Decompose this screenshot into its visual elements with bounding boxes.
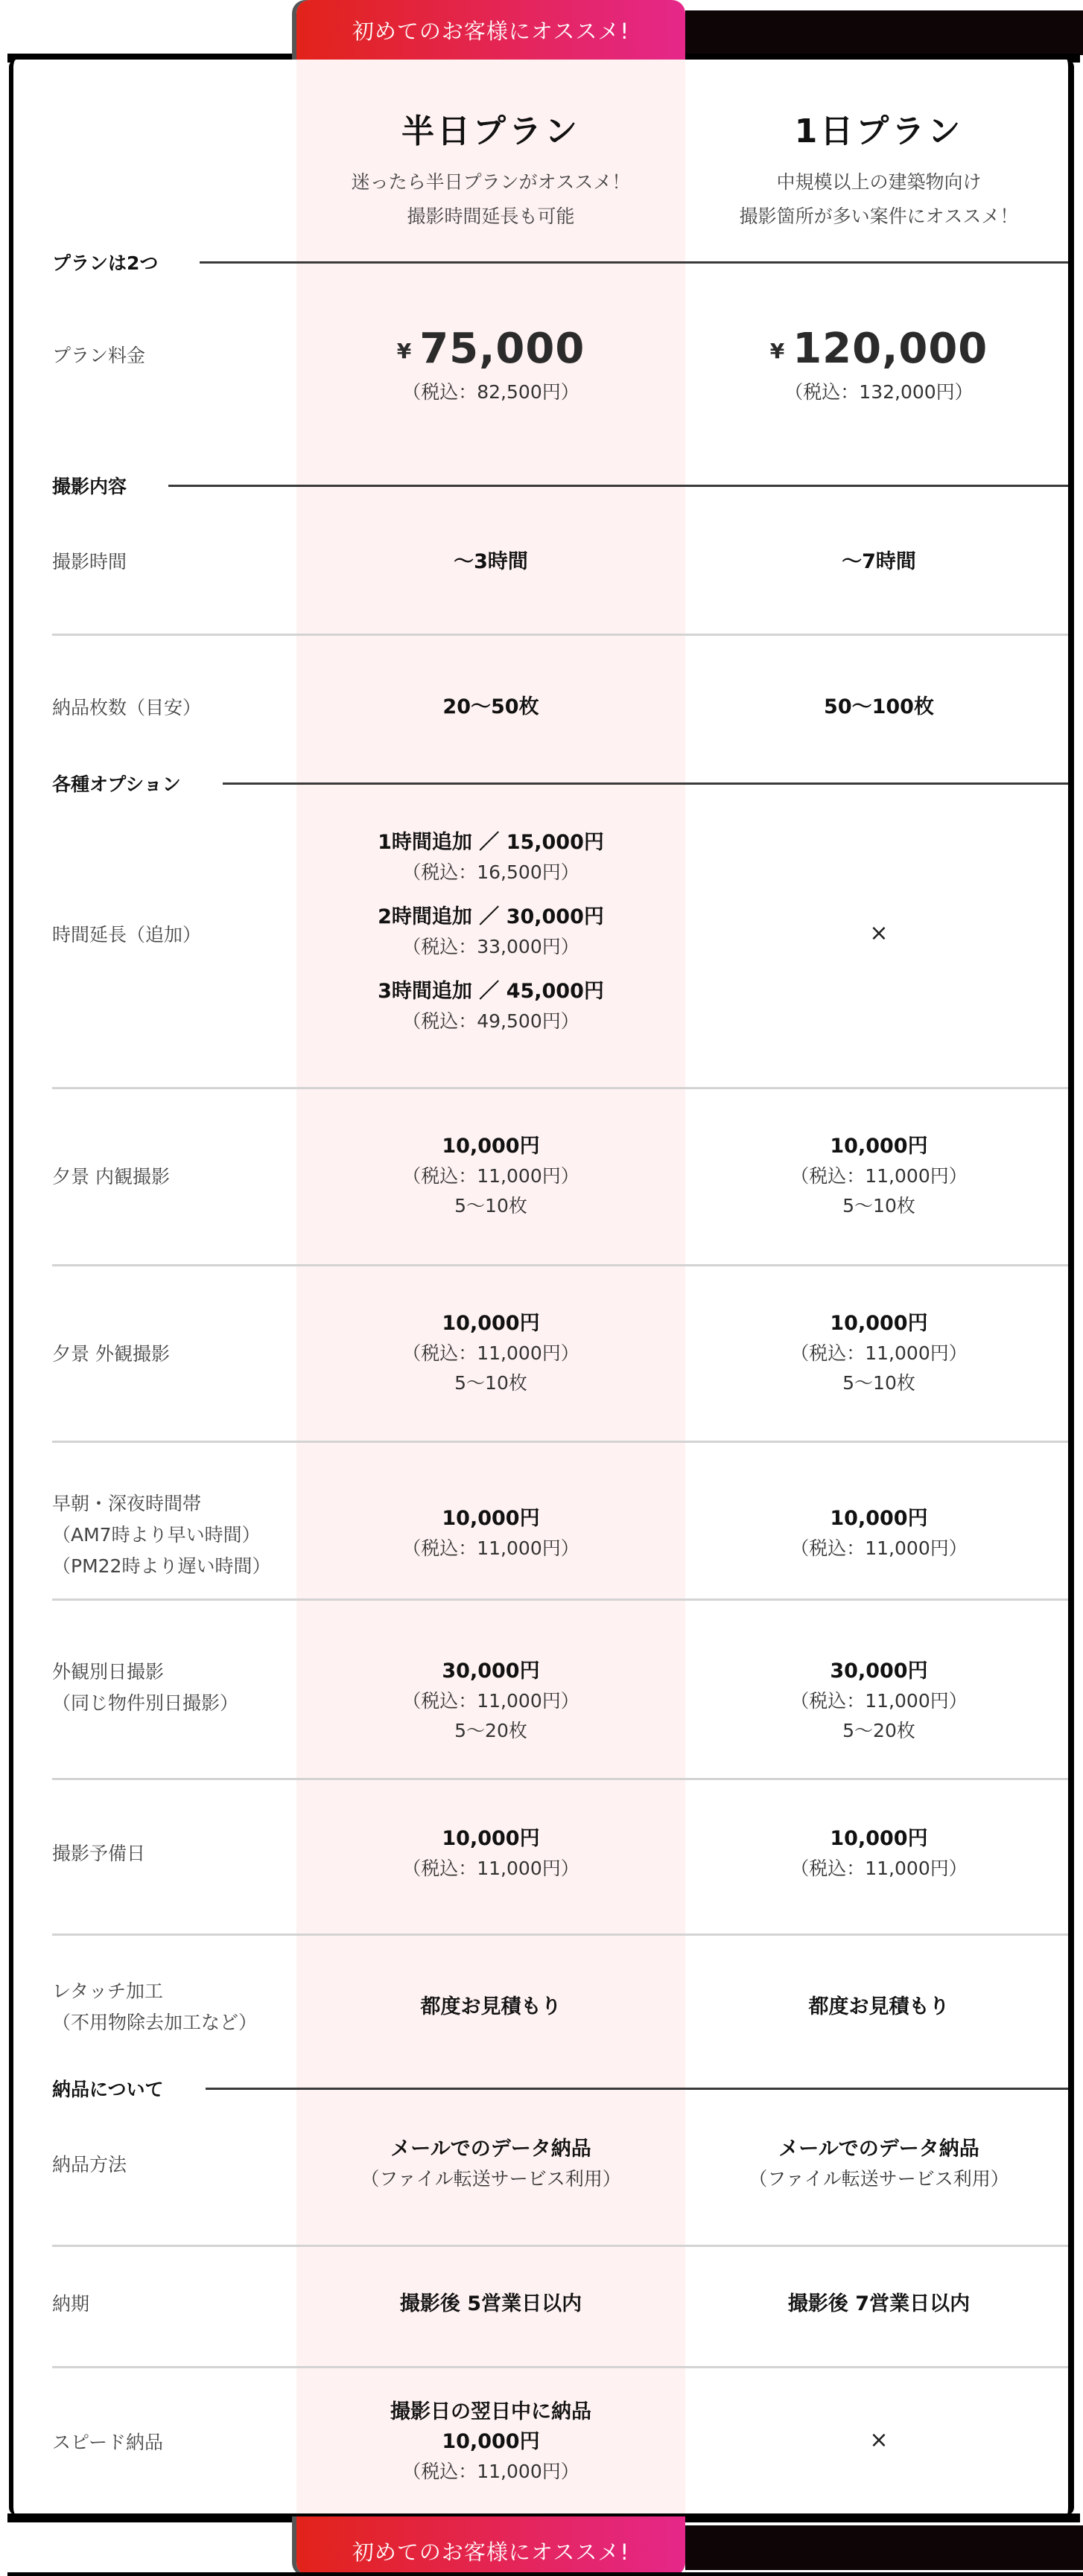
row-divider [52, 1441, 1068, 1443]
row-label-extension: 時間延長（追加） [52, 919, 298, 951]
option-price: 10,000円 [685, 1132, 1073, 1161]
row-label-photo-count: 納品枚数（目安） [52, 692, 298, 724]
plan-header-full-day: 1日プラン 中規模以上の建築物向け 撮影箇所が多い案件にオススメ！ [685, 104, 1073, 234]
row-divider [52, 1264, 1068, 1266]
dark-background-strip [685, 10, 1083, 55]
price-half-day: ¥75,000 （税込：82,500円） [296, 325, 685, 404]
section-header-shooting: 撮影内容 [52, 471, 1068, 500]
exterior-other-day-half-day: 30,000円 （税込：11,000円） 5～20枚 [296, 1657, 685, 1746]
extension-option-tax: （税込：16,500円） [296, 858, 685, 887]
next-card-shadow-top [7, 2572, 1083, 2576]
label-line: 外観別日撮影 [52, 1657, 298, 1688]
option-price: 10,000円 [685, 1824, 1073, 1854]
option-photo-count: 5～20枚 [296, 1716, 685, 1746]
price-value: 120,000 [793, 325, 988, 373]
option-price: 10,000円 [296, 1504, 685, 1534]
option-photo-count: 5～10枚 [296, 1191, 685, 1221]
row-divider [52, 1778, 1068, 1780]
option-price: 10,000円 [685, 1309, 1073, 1339]
option-price-tax: （税込：11,000円） [685, 1534, 1073, 1563]
row-divider [52, 1598, 1068, 1601]
option-price: 10,000円 [296, 1824, 685, 1854]
section-label: 各種オプション [52, 770, 181, 797]
price-tax: （税込：82,500円） [296, 377, 685, 404]
label-line: （同じ物件別日撮影） [52, 1688, 298, 1719]
delivery-time-half-day: 撮影後 5営業日以内 [296, 2289, 685, 2319]
option-photo-count: 5～10枚 [296, 1368, 685, 1398]
delivery-method-main: メールでのデータ納品 [296, 2135, 685, 2164]
row-divider [52, 2245, 1068, 2247]
option-photo-count: 5～10枚 [685, 1191, 1073, 1221]
plan-subtitle-line: 撮影箇所が多い案件にオススメ！ [685, 200, 1073, 234]
option-price-tax: （税込：11,000円） [685, 1339, 1073, 1368]
speed-delivery-main: 撮影日の翌日中に納品 [296, 2397, 685, 2427]
plan-comparison-card: 半日プラン 迷ったら半日プランがオススメ！ 撮影時間延長も可能 1日プラン 中規… [9, 60, 1074, 2515]
row-divider [52, 2366, 1068, 2368]
row-label-retouch: レタッチ加工 （不用物除去加工など） [52, 1976, 298, 2038]
shooting-time-half-day: ～3時間 [296, 547, 685, 577]
plan-subtitle-line: 迷ったら半日プランがオススメ！ [296, 165, 685, 200]
option-price-tax: （税込：11,000円） [296, 1339, 685, 1368]
label-line: 早朝・深夜時間帯 [52, 1488, 298, 1520]
section-label: 納品について [52, 2075, 164, 2102]
plan-header-half-day: 半日プラン 迷ったら半日プランがオススメ！ 撮影時間延長も可能 [296, 104, 685, 234]
option-price: 10,000円 [296, 1309, 685, 1339]
yen-symbol: ¥ [770, 339, 785, 363]
option-price-tax: （税込：11,000円） [296, 1534, 685, 1563]
row-divider [52, 1087, 1068, 1089]
section-header-options: 各種オプション [52, 768, 1068, 798]
delivery-method-main: メールでのデータ納品 [685, 2135, 1073, 2164]
retouch-half-day: 都度お見積もり [296, 1992, 685, 2022]
recommend-badge-label: 初めてのお客様にオススメ! [352, 2536, 629, 2566]
row-label-exterior-other-day: 外観別日撮影 （同じ物件別日撮影） [52, 1657, 298, 1719]
row-label-early-late: 早朝・深夜時間帯 （AM7時より早い時間） （PM22時より遅い時間） [52, 1488, 298, 1582]
option-price-tax: （税込：11,000円） [296, 1854, 685, 1884]
option-photo-count: 5～20枚 [685, 1716, 1073, 1746]
option-price-tax: （税込：11,000円） [685, 1686, 1073, 1716]
label-line: （PM22時より遅い時間） [52, 1551, 298, 1582]
evening-interior-full-day: 10,000円 （税込：11,000円） 5～10枚 [685, 1132, 1073, 1221]
section-header-delivery: 納品について [52, 2073, 1068, 2103]
section-line [223, 782, 1068, 785]
extension-half-day: 1時間追加 ／ 15,000円 （税込：16,500円） 2時間追加 ／ 30,… [296, 828, 685, 1036]
plan-title: 半日プラン [296, 104, 685, 152]
delivery-method-note: （ファイル転送サービス利用） [685, 2164, 1073, 2194]
option-price: 10,000円 [685, 1504, 1073, 1534]
delivery-method-full-day: メールでのデータ納品 （ファイル転送サービス利用） [685, 2135, 1073, 2194]
row-divider [52, 634, 1068, 636]
extension-option: 1時間追加 ／ 15,000円 [296, 828, 685, 858]
section-label: プランは2つ [52, 249, 158, 275]
row-label-evening-interior: 夕景 内観撮影 [52, 1161, 298, 1193]
photo-count-half-day: 20～50枚 [296, 692, 685, 722]
early-late-full-day: 10,000円 （税込：11,000円） [685, 1504, 1073, 1563]
label-line: （不用物除去加工など） [52, 2007, 298, 2038]
option-price: 10,000円 [296, 2427, 685, 2457]
early-late-half-day: 10,000円 （税込：11,000円） [296, 1504, 685, 1563]
recommend-badge-bottom: 初めてのお客様にオススメ! [296, 2516, 685, 2576]
price-value: 75,000 [419, 325, 585, 373]
option-price-tax: （税込：11,000円） [685, 1161, 1073, 1191]
section-label: 撮影内容 [52, 472, 127, 499]
extension-option-tax: （税込：33,000円） [296, 932, 685, 962]
row-label-delivery-method: 納品方法 [52, 2149, 298, 2181]
row-divider [52, 1933, 1068, 1936]
price-tax: （税込：132,000円） [685, 377, 1073, 404]
plan-title: 1日プラン [685, 104, 1073, 152]
retouch-full-day: 都度お見積もり [685, 1992, 1073, 2022]
evening-exterior-full-day: 10,000円 （税込：11,000円） 5～10枚 [685, 1309, 1073, 1398]
row-label-price: プラン料金 [52, 340, 298, 372]
photo-count-full-day: 50～100枚 [685, 692, 1073, 722]
option-photo-count: 5～10枚 [685, 1368, 1073, 1398]
not-available-icon: × [685, 920, 1073, 946]
row-label-shooting-time: 撮影時間 [52, 546, 298, 578]
shooting-time-full-day: ～7時間 [685, 547, 1073, 577]
option-price-tax: （税込：11,000円） [296, 2457, 685, 2487]
plan-subtitle-line: 中規模以上の建築物向け [685, 165, 1073, 200]
extension-option: 3時間追加 ／ 45,000円 [296, 977, 685, 1007]
evening-exterior-half-day: 10,000円 （税込：11,000円） 5～10枚 [296, 1309, 685, 1398]
extension-option-tax: （税込：49,500円） [296, 1007, 685, 1036]
reserve-day-half-day: 10,000円 （税込：11,000円） [296, 1824, 685, 1884]
recommend-badge-top: 初めてのお客様にオススメ! [296, 0, 685, 60]
delivery-method-note: （ファイル転送サービス利用） [296, 2164, 685, 2194]
evening-interior-half-day: 10,000円 （税込：11,000円） 5～10枚 [296, 1132, 685, 1221]
plan-subtitle-line: 撮影時間延長も可能 [296, 200, 685, 234]
exterior-other-day-full-day: 30,000円 （税込：11,000円） 5～20枚 [685, 1657, 1073, 1746]
price-full-day: ¥120,000 （税込：132,000円） [685, 325, 1073, 404]
recommend-badge-label: 初めてのお客様にオススメ! [352, 15, 629, 45]
delivery-time-full-day: 撮影後 7営業日以内 [685, 2289, 1073, 2319]
option-price-tax: （税込：11,000円） [296, 1686, 685, 1716]
not-available-icon: × [685, 2427, 1073, 2453]
option-price: 30,000円 [296, 1657, 685, 1686]
row-label-speed-delivery: スピード納品 [52, 2427, 298, 2458]
speed-delivery-half-day: 撮影日の翌日中に納品 10,000円 （税込：11,000円） [296, 2397, 685, 2487]
row-label-reserve-day: 撮影予備日 [52, 1838, 298, 1869]
row-label-evening-exterior: 夕景 外観撮影 [52, 1339, 298, 1370]
option-price-tax: （税込：11,000円） [685, 1854, 1073, 1884]
section-line [200, 261, 1068, 264]
option-price: 10,000円 [296, 1132, 685, 1161]
yen-symbol: ¥ [397, 339, 412, 363]
delivery-method-half-day: メールでのデータ納品 （ファイル転送サービス利用） [296, 2135, 685, 2194]
section-line [206, 2088, 1068, 2090]
label-line: レタッチ加工 [52, 1976, 298, 2007]
extension-option: 2時間追加 ／ 30,000円 [296, 902, 685, 932]
option-price: 30,000円 [685, 1657, 1073, 1686]
section-line [168, 485, 1068, 487]
row-label-delivery-time: 納期 [52, 2289, 298, 2320]
option-price-tax: （税込：11,000円） [296, 1161, 685, 1191]
label-line: （AM7時より早い時間） [52, 1520, 298, 1551]
section-header-plans: プランは2つ [52, 247, 1068, 277]
dark-background-strip [685, 2525, 1083, 2570]
reserve-day-full-day: 10,000円 （税込：11,000円） [685, 1824, 1073, 1884]
